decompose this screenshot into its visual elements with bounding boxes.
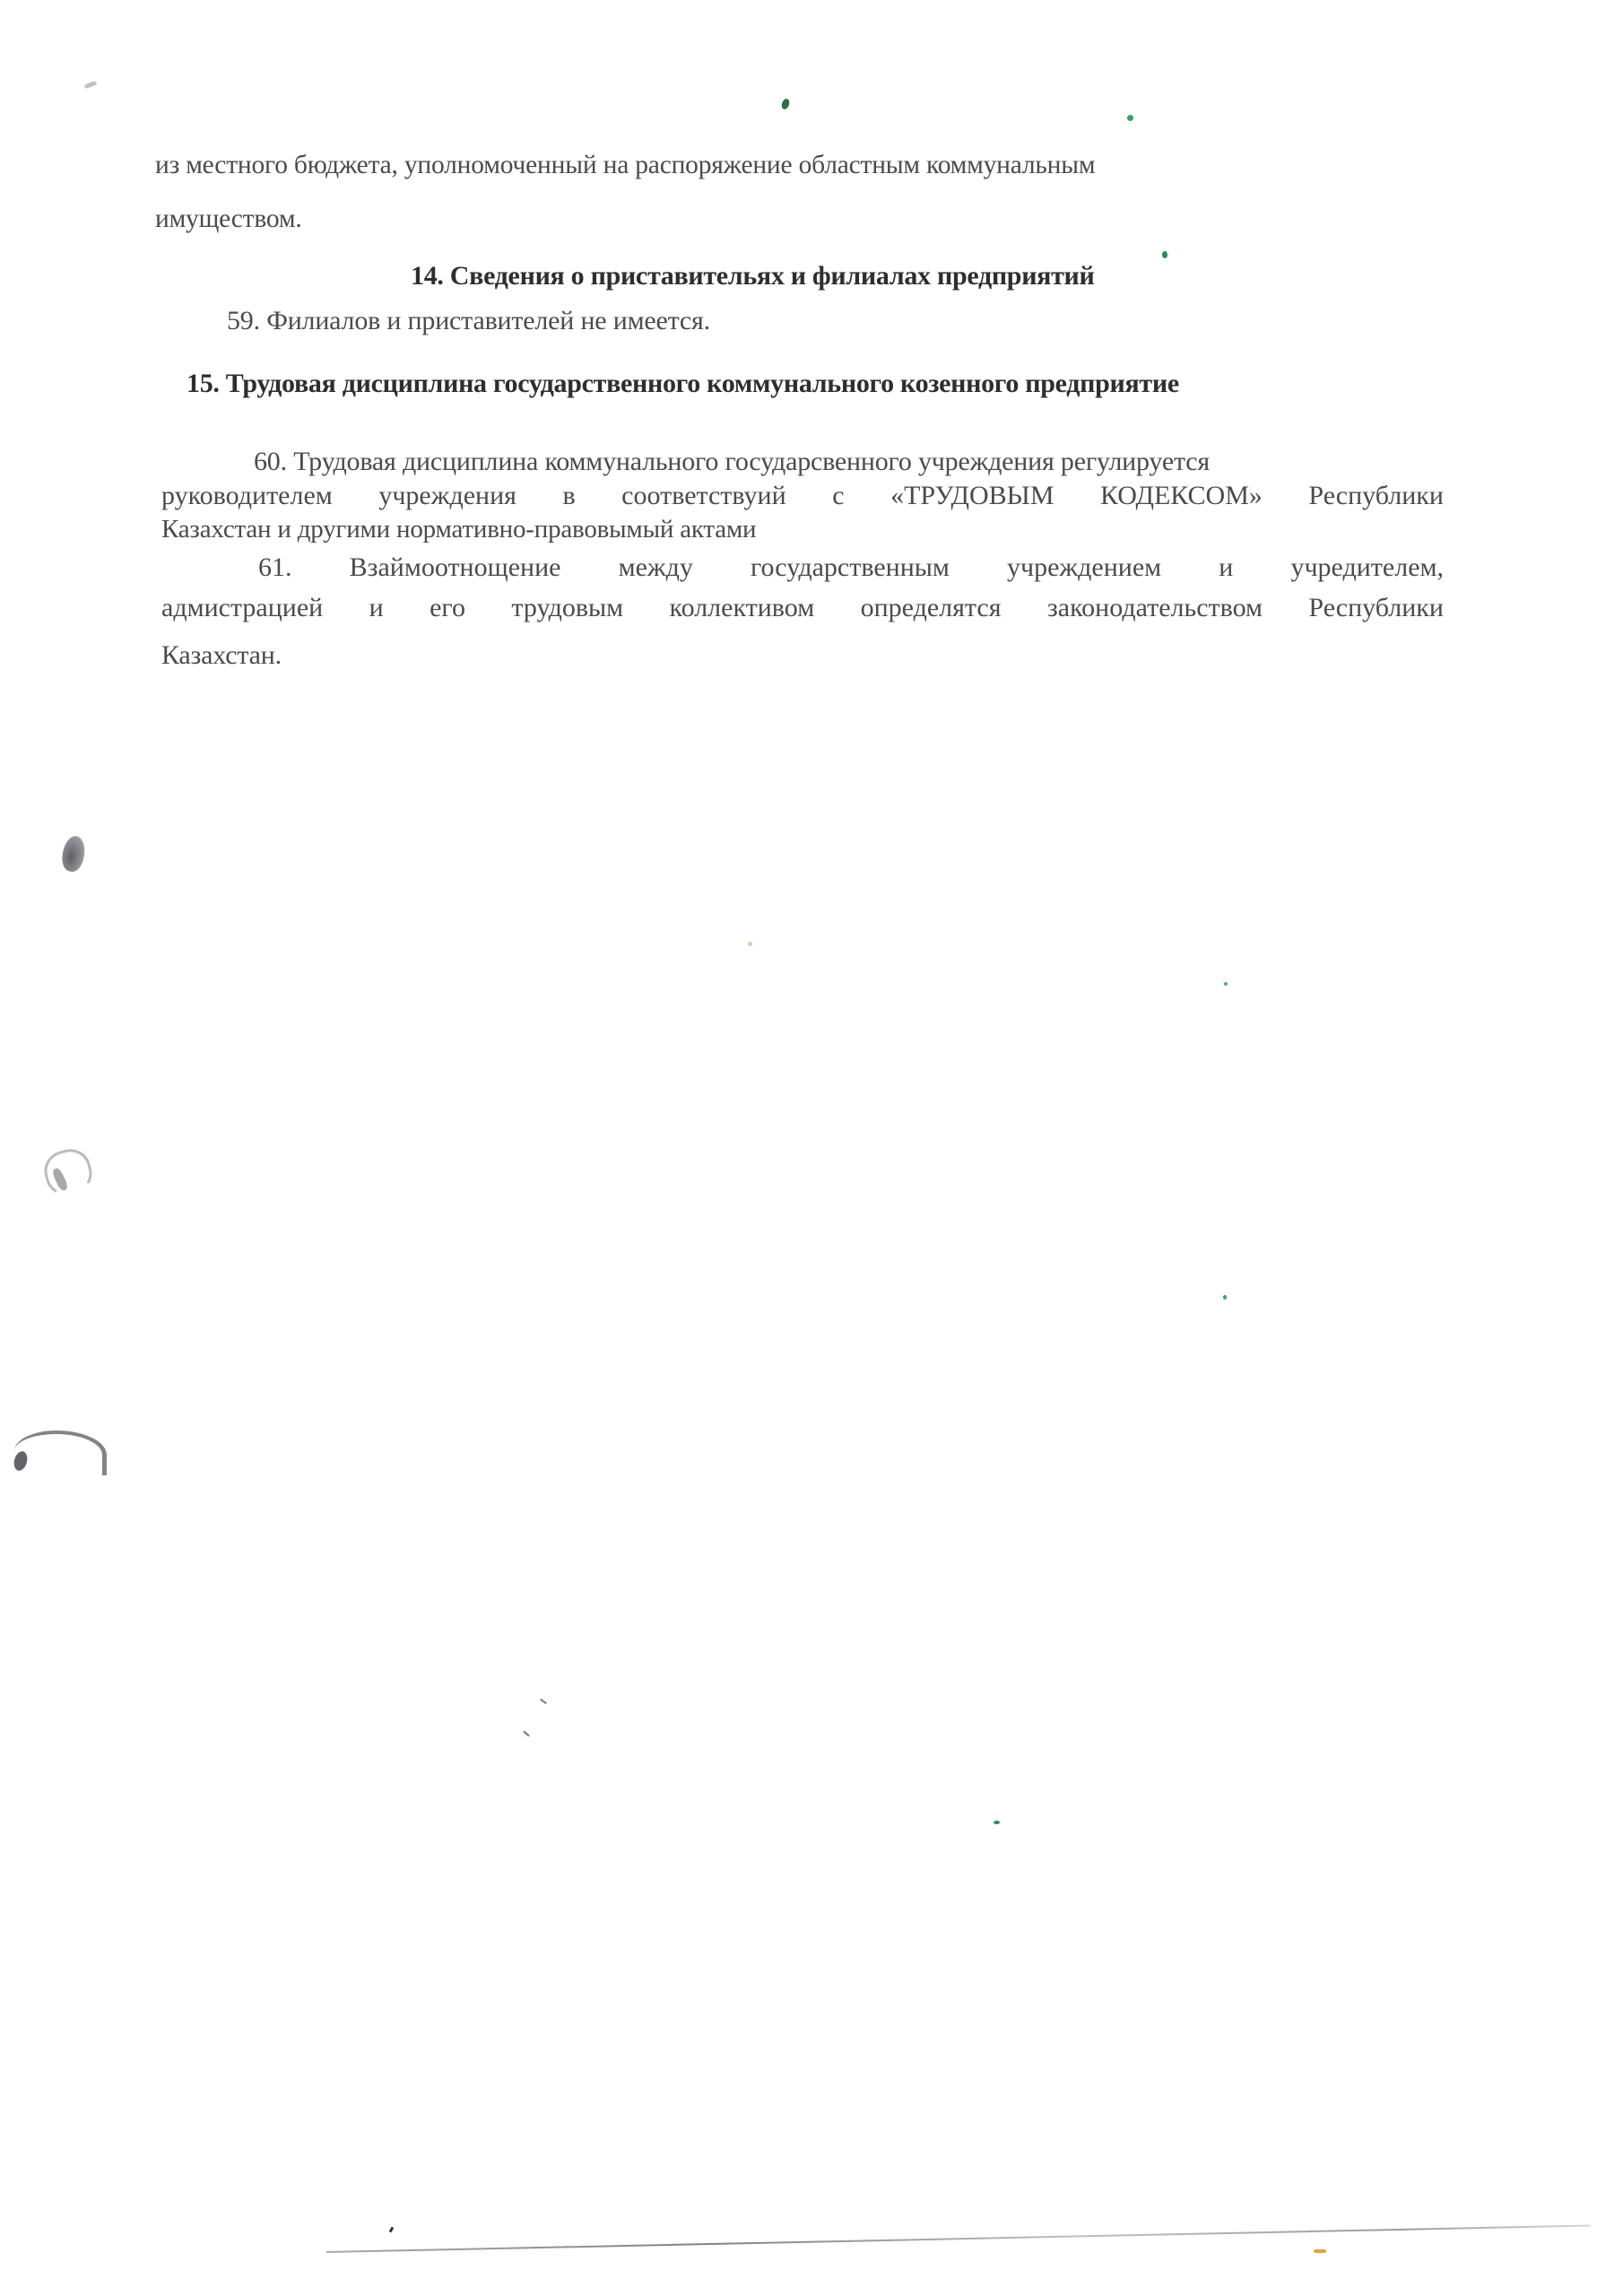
word: Взаймоотнощение <box>350 552 561 584</box>
section-15-heading: 15. Трудовая дисциплина государственного… <box>187 368 1179 400</box>
word: его <box>430 592 465 624</box>
yellow-speck <box>1314 2249 1326 2253</box>
word: КОДЕКСОМ» <box>1100 480 1263 512</box>
section-14-heading: 14. Сведения о приставительях и филиалах… <box>411 260 1095 292</box>
green-speck <box>780 98 791 110</box>
word: соответствуий <box>621 480 786 512</box>
green-speck <box>994 1821 1000 1824</box>
stray-mark <box>523 1731 529 1737</box>
stray-mark <box>389 2227 395 2233</box>
item-60-line-3: Казахстан и другими нормативно-правовымы… <box>161 513 756 545</box>
continuation-line-1: из местного бюджета, уполномоченный на р… <box>155 149 1095 181</box>
word: адмистрацией <box>161 592 323 624</box>
word: учреждением <box>1007 552 1161 584</box>
punch-hole-smudge <box>60 834 88 874</box>
punch-hole-smudge <box>39 1144 96 1200</box>
word: и <box>369 592 384 624</box>
word: Республики <box>1308 480 1444 512</box>
word: в <box>562 480 575 512</box>
item-60-line-1: 60. Трудовая дисциплина коммунального го… <box>254 446 1210 478</box>
word: учреждения <box>378 480 516 512</box>
green-speck <box>748 942 752 946</box>
item-61-line-2: адмистрацией и его трудовым коллективом … <box>161 592 1444 624</box>
word: «ТРУДОВЫМ <box>890 480 1054 512</box>
word: руководителем <box>161 480 333 512</box>
continuation-line-2: имуществом. <box>155 203 302 235</box>
green-speck <box>1127 115 1133 121</box>
word: и <box>1219 552 1233 584</box>
stray-mark <box>540 1699 547 1704</box>
word: определятся <box>861 592 1002 624</box>
word: с <box>832 480 844 512</box>
page-bottom-edge-line <box>326 2224 1591 2253</box>
green-speck <box>1224 982 1228 986</box>
item-61-line-1: 61. Взаймоотнощение между государственны… <box>258 552 1444 584</box>
word: коллективом <box>670 592 815 624</box>
item-61-line-3: Казахстан. <box>161 639 282 672</box>
green-speck <box>1162 251 1167 258</box>
scan-mark-top-left <box>84 81 98 89</box>
word: трудовым <box>511 592 623 624</box>
word: учредителем, <box>1290 552 1444 584</box>
item-60-line-2: руководителем учреждения в соответствуий… <box>161 480 1444 512</box>
word: законодательством <box>1047 592 1263 624</box>
word: 61. <box>258 552 292 584</box>
word: государственным <box>751 552 950 584</box>
item-59: 59. Филиалов и приставителей не имеется. <box>227 305 710 337</box>
word: между <box>619 552 693 584</box>
green-speck <box>1223 1295 1227 1300</box>
word: Республики <box>1308 592 1444 624</box>
punch-hole-smudge <box>14 1431 107 1475</box>
